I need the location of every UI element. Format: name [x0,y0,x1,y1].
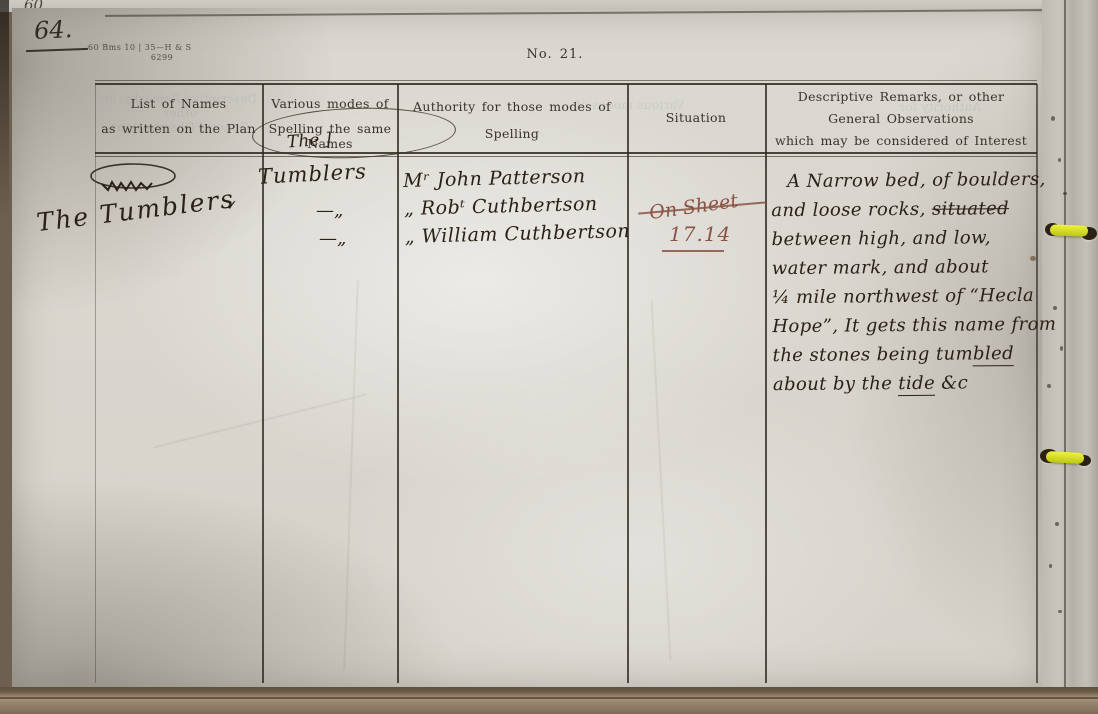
paper-speck [1058,158,1061,162]
book-binding-gutter [1042,0,1098,714]
entry-checkmark: ✓ [226,198,238,214]
remarks-line-8: about by the tide &c [773,368,1041,399]
binding-thread [1050,224,1088,236]
inserted-word-the: The ] [286,129,332,152]
remarks-line-4: water mark, and about [772,252,1040,283]
table-top-rule [95,83,1037,85]
paper-speck [1058,610,1062,613]
remarks-line-3: between high, and low, [771,223,1039,254]
remarks-segment-struck: situated [932,198,1009,220]
header-list-of-names: List of Names as written on the Plan [95,96,262,136]
folio-number: 64. [33,15,73,45]
paper-speck [1049,564,1052,568]
binding-thread [1046,451,1085,464]
spelling-ditto-1: —„ [316,200,343,221]
header-line: which may be considered of Interest [765,133,1037,148]
header-line: Authority for those modes of [397,99,627,114]
page-left-shadow [0,0,9,220]
remarks-segment: &c [935,372,968,393]
remarks-line-5: ¼ mile northwest of “Hecla [772,281,1040,312]
header-line: List of Names [95,96,262,111]
sheet-number-underline [662,250,724,252]
spelling-ditto-2: —„ [319,228,346,249]
header-line: Descriptive Remarks, or other [765,89,1037,104]
remarks-segment-underlined: tide [898,373,935,396]
column-divider-2 [397,84,399,683]
header-line: General Observations [765,111,1037,126]
page-number: No. 21. [500,47,610,62]
stamp-line-2: 6299 [88,53,208,63]
situation-sheet-number: 17.14 [669,222,731,246]
remarks-segment-underlined: bled [973,343,1014,366]
scanned-ledger-page: 60 64. 60 Bms 10 | 35—H & S 6299 No. 21. [0,0,1098,714]
remarks-line-1: A Narrow bed, of boulders, [771,165,1039,196]
header-line: as written on the Plan [95,121,262,136]
paper-speck [1053,306,1057,310]
paper-speck [1063,192,1067,195]
authority-3: „ William Cuthbertson [404,220,630,254]
stamp-line-1: 60 Bms 10 | 35—H & S [88,43,208,53]
paper-speck [1055,522,1059,526]
paper-speck [1051,116,1055,121]
header-line: Situation [627,110,765,125]
paper-speck [1060,346,1063,351]
remarks-line-7: the stones being tumbled [773,339,1041,370]
paper-speck [1047,384,1051,388]
column-divider-4 [765,84,767,683]
remarks-segment: the stones being tum [773,343,974,366]
remarks-segment: and loose rocks, [771,199,932,221]
page-stack-line [0,697,1098,699]
page-stack-bottom-edge [0,687,1098,714]
header-situation: Situation [627,110,765,125]
remarks-line-6: Hope”, It gets this name from [772,310,1040,341]
header-descriptive-remarks: Descriptive Remarks, or other General Ob… [765,89,1037,148]
remarks-line-2: and loose rocks, situated [771,194,1039,225]
remarks-segment: about by the [773,373,899,395]
table-top-rule-thin [95,80,1037,81]
binding-crease [1064,0,1066,714]
remarks-text: A Narrow bed, of boulders, and loose roc… [771,165,1041,399]
printer-stamp: 60 Bms 10 | 35—H & S 6299 [88,43,208,63]
header-bottom-rule-thin [95,156,1037,157]
authority-list: Mʳ John Patterson „ Robᵗ Cuthbertson „ W… [403,164,631,254]
header-bottom-rule [95,152,1037,154]
scribbled-out-word [88,162,178,196]
